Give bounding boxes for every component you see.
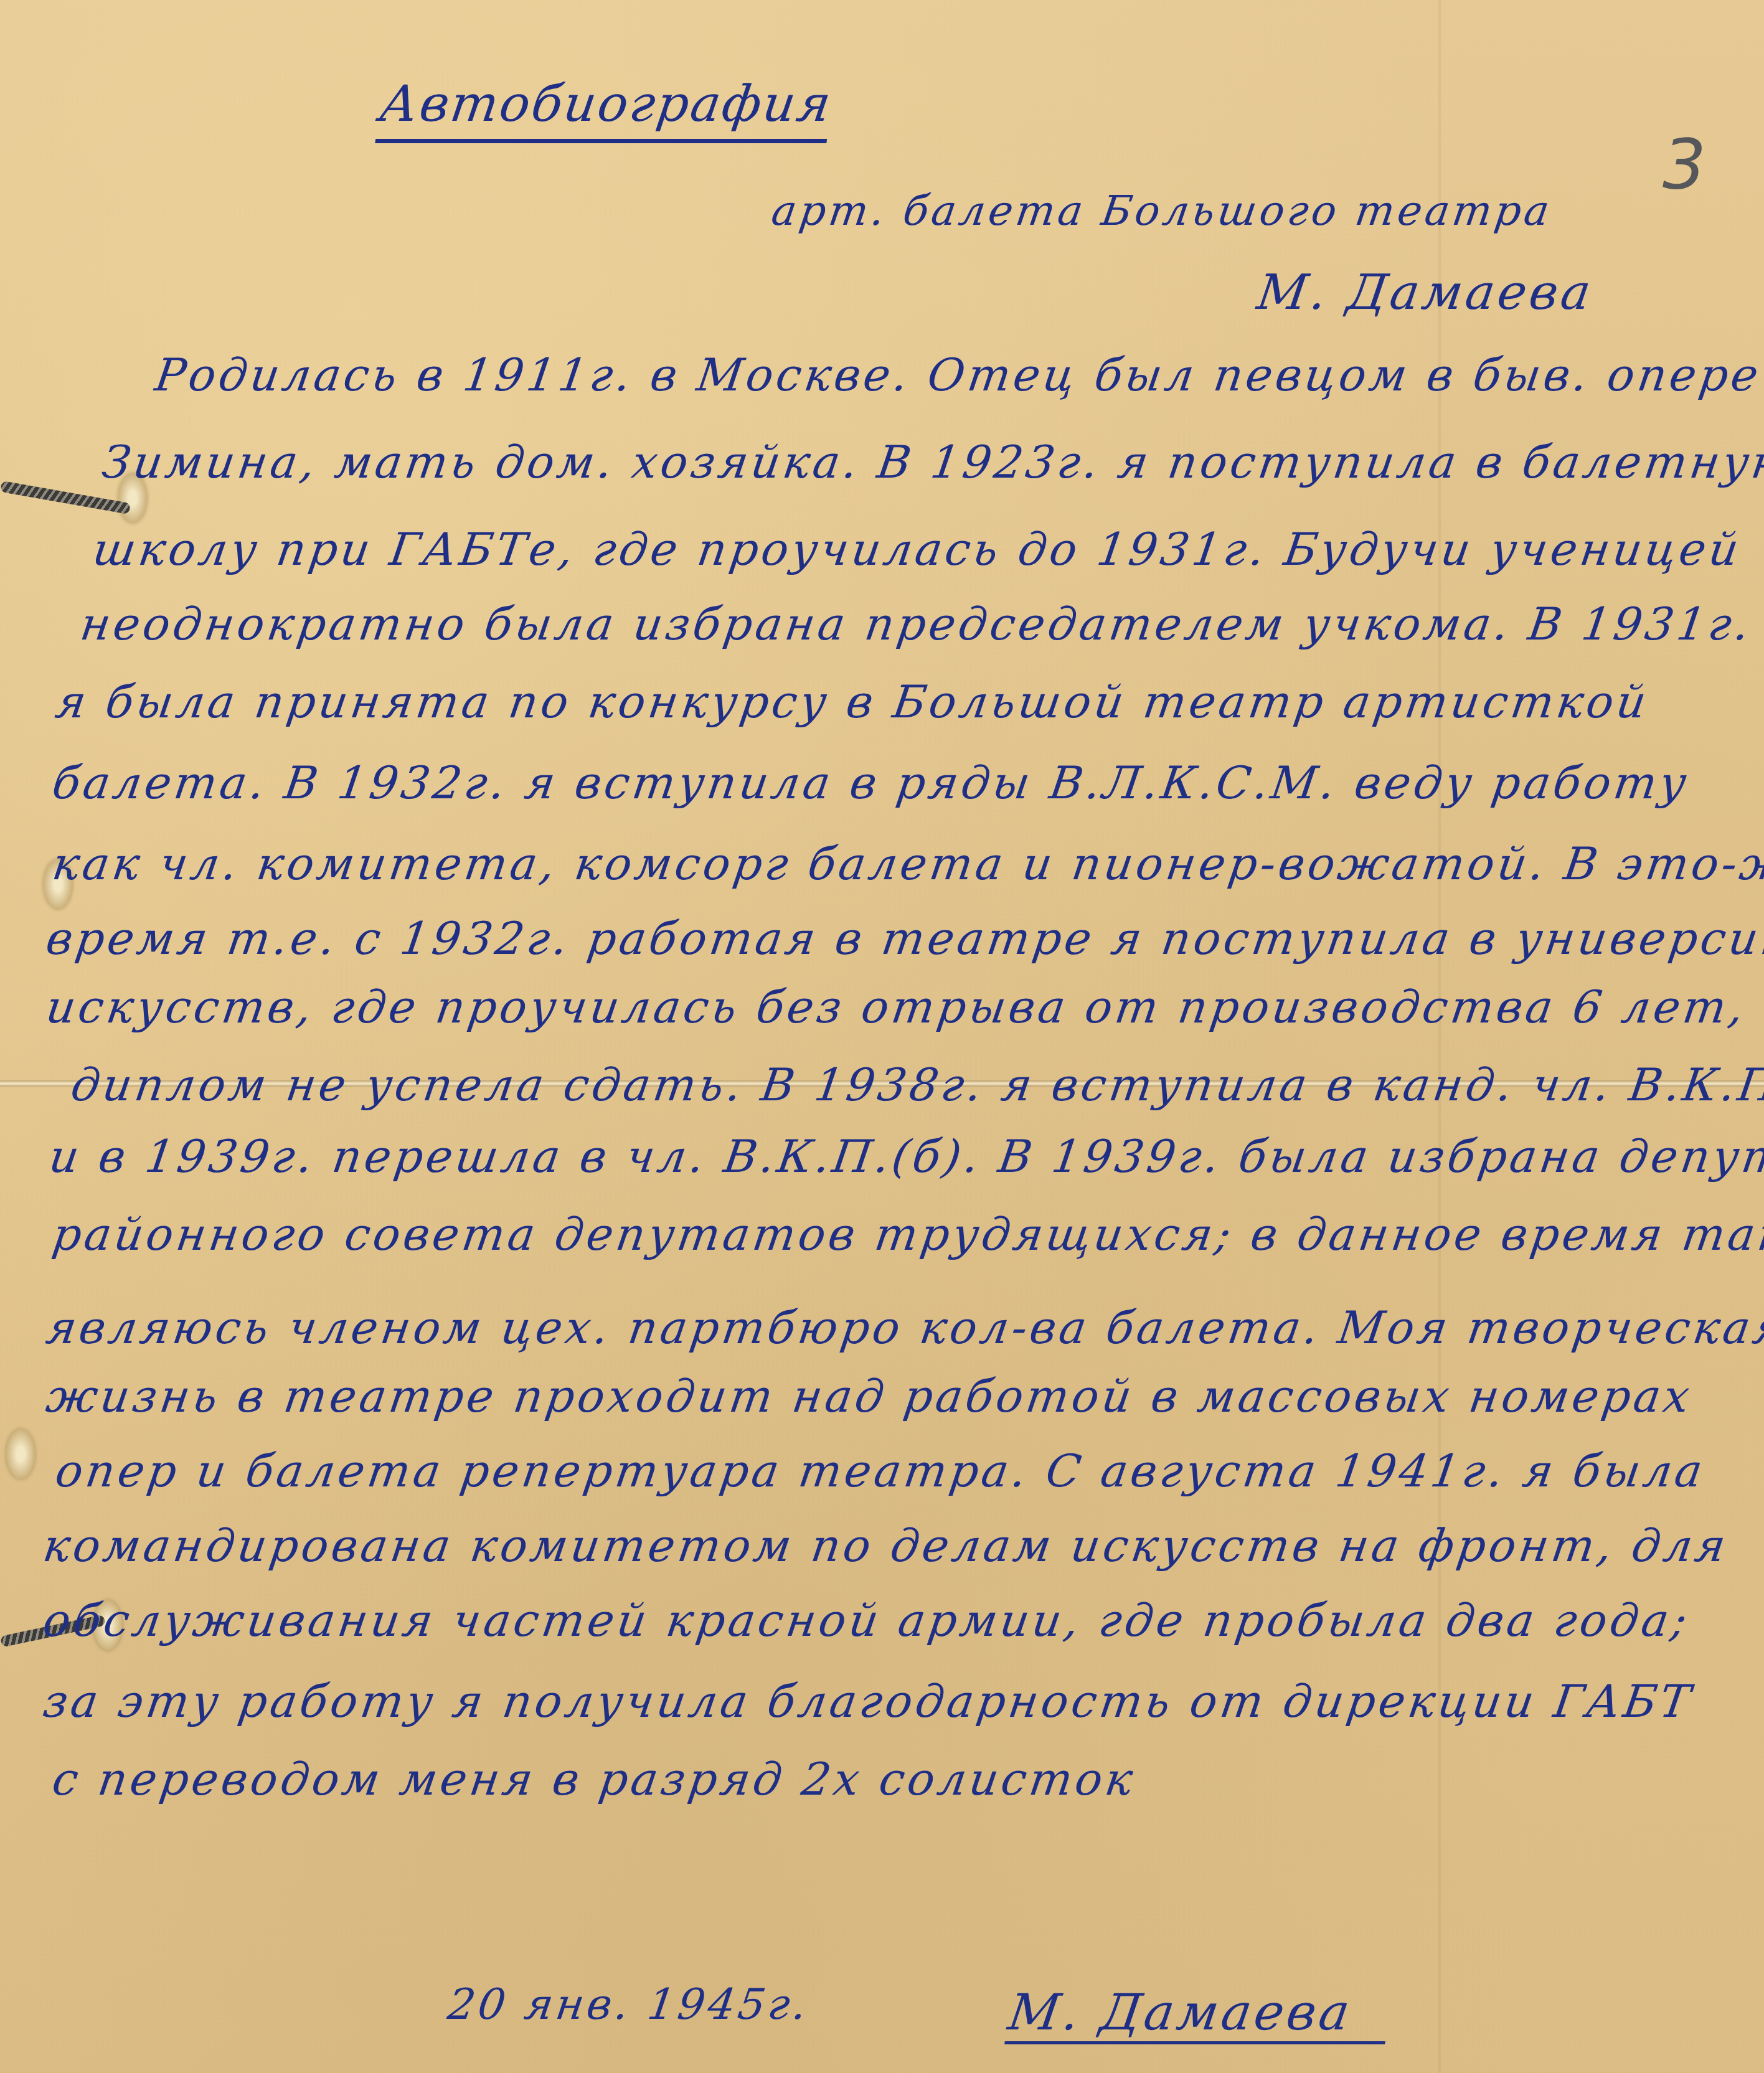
body-line-11: и в 1939г. перешла в чл. В.К.П.(б). В 19… (46, 1130, 1764, 1183)
body-line-10: диплом не успела сдать. В 1938г. я вступ… (68, 1059, 1764, 1111)
page-number: 3 (1663, 125, 1706, 204)
body-line-15: опер и балета репертуара театра. С авгус… (52, 1445, 1709, 1497)
body-line-19: с переводом меня в разряд 2х солисток (49, 1753, 1139, 1805)
document-date: 20 янв. 1945г. (445, 1980, 813, 2029)
punch-hole-3 (6, 1429, 35, 1479)
body-line-6: балета. В 1932г. я вступила в ряды В.Л.К… (49, 757, 1692, 809)
body-line-3: школу при ГАБТе, где проучилась до 1931г… (90, 523, 1745, 575)
body-line-17: обслуживания частей красной армии, где п… (40, 1594, 1694, 1646)
body-line-8: время т.е. с 1932г. работая в театре я п… (43, 912, 1764, 965)
author-name: М. Дамаева (1254, 265, 1597, 321)
body-line-2: Зимина, мать дом. хозяйка. В 1923г. я по… (99, 436, 1764, 488)
document-title: Автобиография (375, 75, 836, 143)
body-line-9: искусств, где проучилась без отрыва от п… (43, 981, 1764, 1033)
document-subtitle: арт. балета Большого театра (769, 187, 1555, 235)
body-line-16: командирована комитетом по делам искусст… (40, 1519, 1732, 1572)
body-line-12: районного совета депутатов трудящихся; в… (49, 1208, 1764, 1260)
body-line-7: как чл. комитета, комсорг балета и пионе… (49, 838, 1764, 890)
body-line-5: я была принята по конкурсу в Большой теа… (52, 676, 1653, 728)
body-line-1: Родилась в 1911г. в Москве. Отец был пев… (152, 349, 1764, 401)
body-line-14: жизнь в театре проходит над работой в ма… (43, 1370, 1696, 1422)
signature: М. Дамаева (1004, 1983, 1394, 2044)
document-page: Автобиография 3 арт. балета Большого теа… (0, 0, 1764, 2073)
body-line-13: являюсь членом цех. партбюро кол-ва бале… (43, 1301, 1764, 1354)
body-line-18: за эту работу я получила благодарность о… (40, 1675, 1697, 1727)
body-line-4: неоднократно была избрана председателем … (77, 598, 1755, 650)
